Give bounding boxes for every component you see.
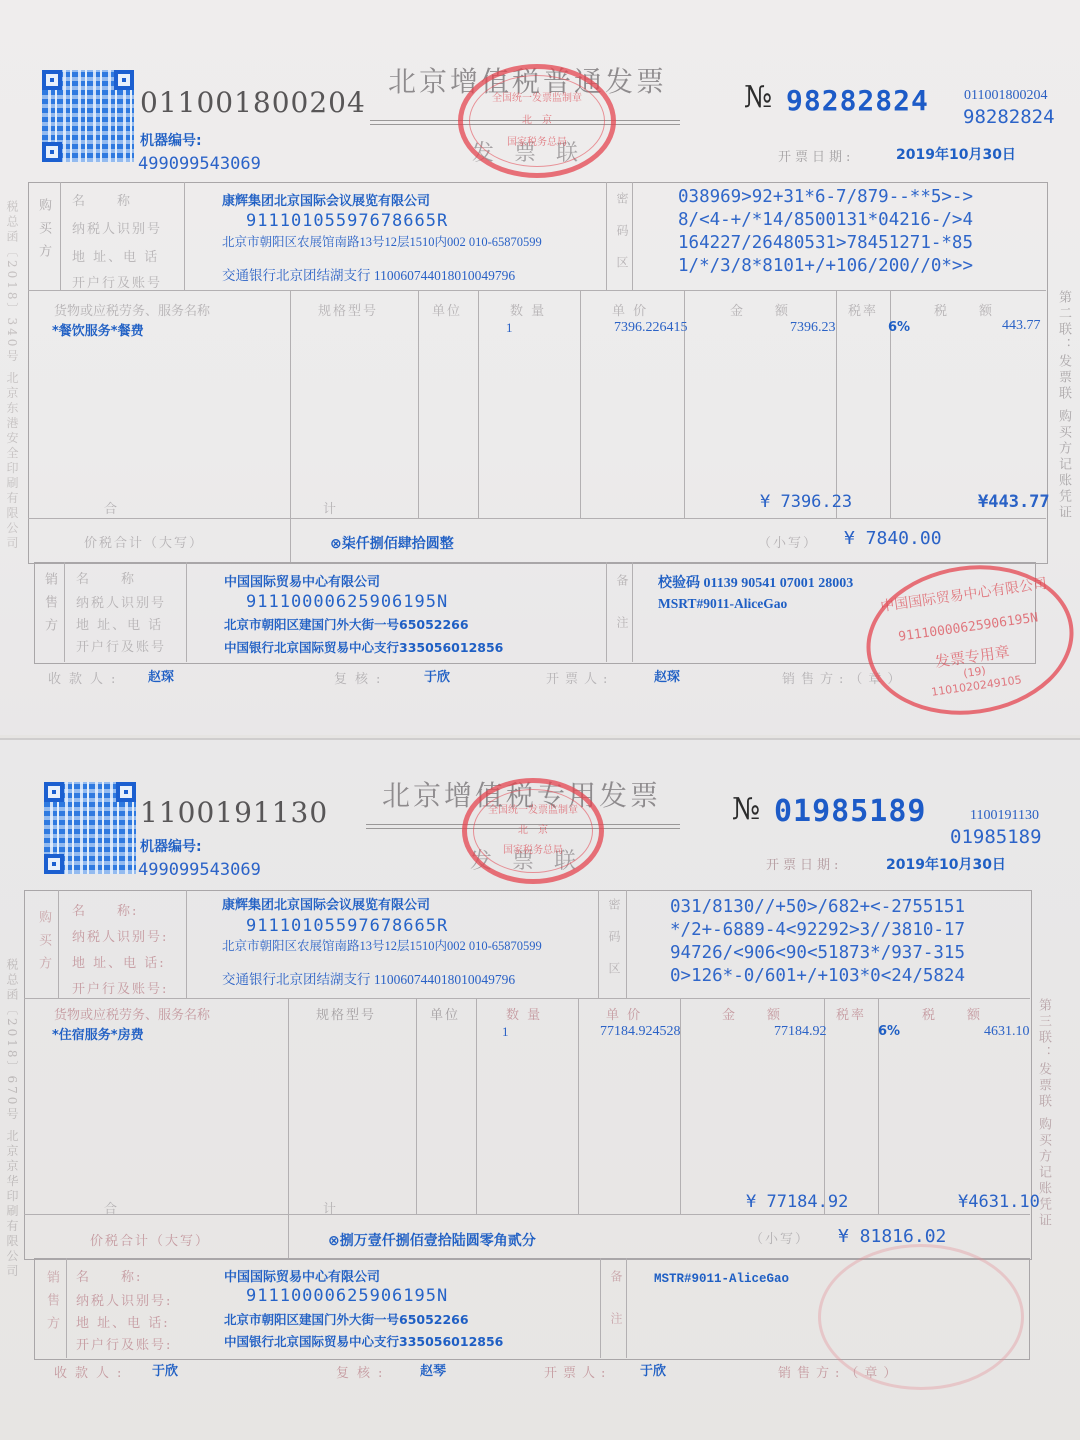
date-label: 开票日期: [778,146,854,165]
reviewer-label: 复核: [336,1362,390,1381]
buyer-address-phone: 北京市朝阳区农展馆南路13号12层1510内002 010-65870599 [222,232,542,250]
col-name: 货物或应税劳务、服务名称 [54,300,210,319]
reviewer: 赵琴 [420,1360,446,1379]
buyer-bank-account: 交通银行北京团结湖支行 110060744018010049796 [222,968,515,988]
buyer-name-label: 名 称: [72,900,138,919]
remarks-label: 备注 [608,1270,625,1354]
invoice-number-repeat: 98282824 [963,106,1055,128]
seller-section-label: 销售方 [42,1270,61,1339]
invoice-code-repeat: 011001800204 [964,88,1047,104]
col-amount: 金 额 [730,300,790,319]
seller-name: 中国国际贸易中心有限公司 [224,1266,380,1285]
item-amount: 77184.92 [774,1024,827,1040]
total-tax: ¥4631.10 [958,1192,1040,1212]
seller-name-label: 名 称 [76,568,136,587]
col-rate: 税率 [848,300,878,319]
col-qty: 数 量 [506,1004,542,1023]
buyer-name-label: 名 称 [72,190,132,209]
item-qty: 1 [502,1024,509,1040]
buyer-bank-label: 开户行及账号 [72,272,162,291]
col-name: 货物或应税劳务、服务名称 [54,1004,210,1023]
item-tax: 443.77 [1002,318,1041,334]
drawer: 于欣 [640,1360,666,1379]
buyer-section-label: 购买方 [34,198,53,267]
copy-margin-text: 第二联：发票联 购买方记账凭证 [1054,290,1073,521]
drawer-label: 开票人: [546,668,613,687]
buyer-address-phone: 北京市朝阳区农展馆南路13号12层1510内002 010-65870599 [222,936,542,954]
seller-section-label: 销售方 [40,572,59,641]
total-amount: ¥ 77184.92 [746,1192,848,1212]
buyer-name: 康辉集团北京国际会议展览有限公司 [222,894,430,913]
buyer-tax-id: 91110105597678665R [246,916,448,936]
tax-bureau-seal: 全国统一发票监制章 北 京 国家税务总局 [458,64,616,178]
invoice-number-repeat: 01985189 [950,826,1042,848]
number-symbol: № [744,80,772,115]
remark-note: MSRT#9011-AliceGao [658,596,787,612]
seller-address-phone: 北京市朝阳区建国门外大街一号65052266 [224,615,469,633]
remarks-label: 备注 [614,574,631,658]
col-spec: 规格型号 [316,1004,376,1023]
grand-total-upper-label: 价税合计（大写） [90,1230,210,1249]
item-amount: 7396.23 [790,320,836,336]
reviewer-label: 复核: [334,668,388,687]
seller-bank-account: 中国银行北京国际贸易中心支行335056012856 [224,638,503,656]
copy-margin-text: 第三联：发票联 购买方记账凭证 [1034,998,1053,1229]
item-tax: 4631.10 [984,1024,1030,1040]
seller-taxid-label: 纳税人识别号 [76,592,166,611]
invoice-general: 011001800204 机器编号: 499099543069 北京增值税普通发… [0,0,1080,735]
payee-label: 收款人: [48,668,123,687]
invoice-date: 2019年10月30日 [886,854,1006,874]
buyer-tax-id: 91110105597678665R [246,211,448,231]
buyer-name: 康辉集团北京国际会议展览有限公司 [222,190,430,209]
buyer-taxid-label: 纳税人识别号 [72,218,162,237]
col-unit-price: 单 价 [612,300,648,319]
machine-label: 机器编号: [140,836,202,856]
grand-total-upper: ⊗捌万壹仟捌佰壹拾陆圆零角贰分 [328,1230,536,1250]
total-label: 合 计 [104,498,396,517]
seller-bank-label: 开户行及账号 [76,636,166,655]
seller-bank-account: 中国银行北京国际贸易中心支行335056012856 [224,1332,503,1350]
invoice-code: 011001800204 [140,86,366,119]
buyer-address-label: 地 址、电 话: [72,952,166,971]
item-unit-price: 77184.924528 [600,1024,681,1040]
seller-name-label: 名 称: [76,1266,142,1285]
invoice-code: 1100191130 [140,796,328,829]
seller-address-label: 地 址、电 话 [76,614,163,633]
col-spec: 规格型号 [318,300,378,319]
seller-bank-label: 开户行及账号: [76,1334,172,1353]
machine-label: 机器编号: [140,130,202,150]
item-name: *餐饮服务*餐费 [52,320,144,339]
item-unit-price: 7396.226415 [614,320,688,336]
item-rate: 6% [878,1024,900,1039]
invoice-number: 01985189 [774,794,927,829]
buyer-taxid-label: 纳税人识别号: [72,926,168,945]
total-amount: ¥ 7396.23 [760,492,852,512]
drawer: 赵琛 [654,666,680,685]
verification-code: 校验码 01139 90541 07001 28003 [658,572,853,592]
seller-taxid-label: 纳税人识别号: [76,1290,172,1309]
printer-margin-text: 税总函〔2018〕340号 北京东港安全印刷有限公司 [4,200,21,551]
col-rate: 税率 [836,1004,866,1023]
col-tax: 税 额 [934,300,994,319]
total-tax: ¥443.77 [978,492,1050,512]
cipher-label: 密码区 [606,898,623,994]
cipher-area: 031/8130//+50>/682+<-2755151*/2+-6889-4<… [670,896,965,988]
cipher-area: 038969>92+31*6-7/879--**5>->8/<4-+/*14/8… [678,186,973,278]
seller-seal-label: 销售方:（章） [778,1362,902,1381]
payee: 赵琛 [148,666,174,685]
buyer-bank-label: 开户行及账号: [72,978,168,997]
buyer-section-label: 购买方 [34,910,53,979]
seller-tax-id: 91110000625906195N [246,1286,448,1306]
seller-address-label: 地 址、电 话: [76,1312,170,1331]
item-qty: 1 [506,320,513,336]
invoice-special: 1100191130 机器编号: 499099543069 北京增值税专用发票 … [0,738,1080,1440]
grand-total-upper: ⊗柒仟捌佰肆拾圆整 [330,533,454,553]
reviewer: 于欣 [424,666,450,685]
grand-total-small-label: （小写） [750,1228,810,1247]
invoice-date: 2019年10月30日 [896,144,1016,164]
seller-address-phone: 北京市朝阳区建国门外大街一号65052266 [224,1310,469,1328]
item-name: *住宿服务*房费 [52,1024,144,1043]
machine-number: 499099543069 [138,154,261,174]
col-unit: 单位 [430,1004,460,1023]
drawer-label: 开票人: [544,1362,611,1381]
payee: 于欣 [152,1360,178,1379]
col-unit-price: 单 价 [606,1004,642,1023]
col-amount: 金 额 [722,1004,782,1023]
col-tax: 税 额 [922,1004,982,1023]
printer-margin-text: 税总函〔2018〕670号 北京京华印刷有限公司 [4,958,21,1279]
seller-tax-id: 91110000625906195N [246,592,448,612]
machine-number: 499099543069 [138,860,261,880]
remark-note: MSTR#9011-AliceGao [654,1272,789,1286]
seller-name: 中国国际贸易中心有限公司 [224,571,380,590]
cipher-label: 密码区 [614,192,631,288]
invoice-code-repeat: 1100191130 [970,808,1039,824]
grand-total-small-label: （小写） [758,532,818,551]
buyer-bank-account: 交通银行北京团结湖支行 110060744018010049796 [222,264,515,284]
number-symbol: № [732,792,760,827]
buyer-address-label: 地 址、电 话 [72,246,159,265]
grand-total-upper-label: 价税合计（大写） [84,532,204,551]
col-unit: 单位 [432,300,462,319]
tax-bureau-seal: 全国统一发票监制章 北 京 国家税务总局 [462,778,604,884]
qr-code-icon [44,782,136,874]
qr-code-icon [42,70,134,162]
item-rate: 6% [888,320,910,335]
grand-total-small: ¥ 7840.00 [844,528,942,549]
col-qty: 数 量 [510,300,546,319]
invoice-number: 98282824 [786,84,929,117]
payee-label: 收款人: [54,1362,129,1381]
date-label: 开票日期: [766,854,842,873]
